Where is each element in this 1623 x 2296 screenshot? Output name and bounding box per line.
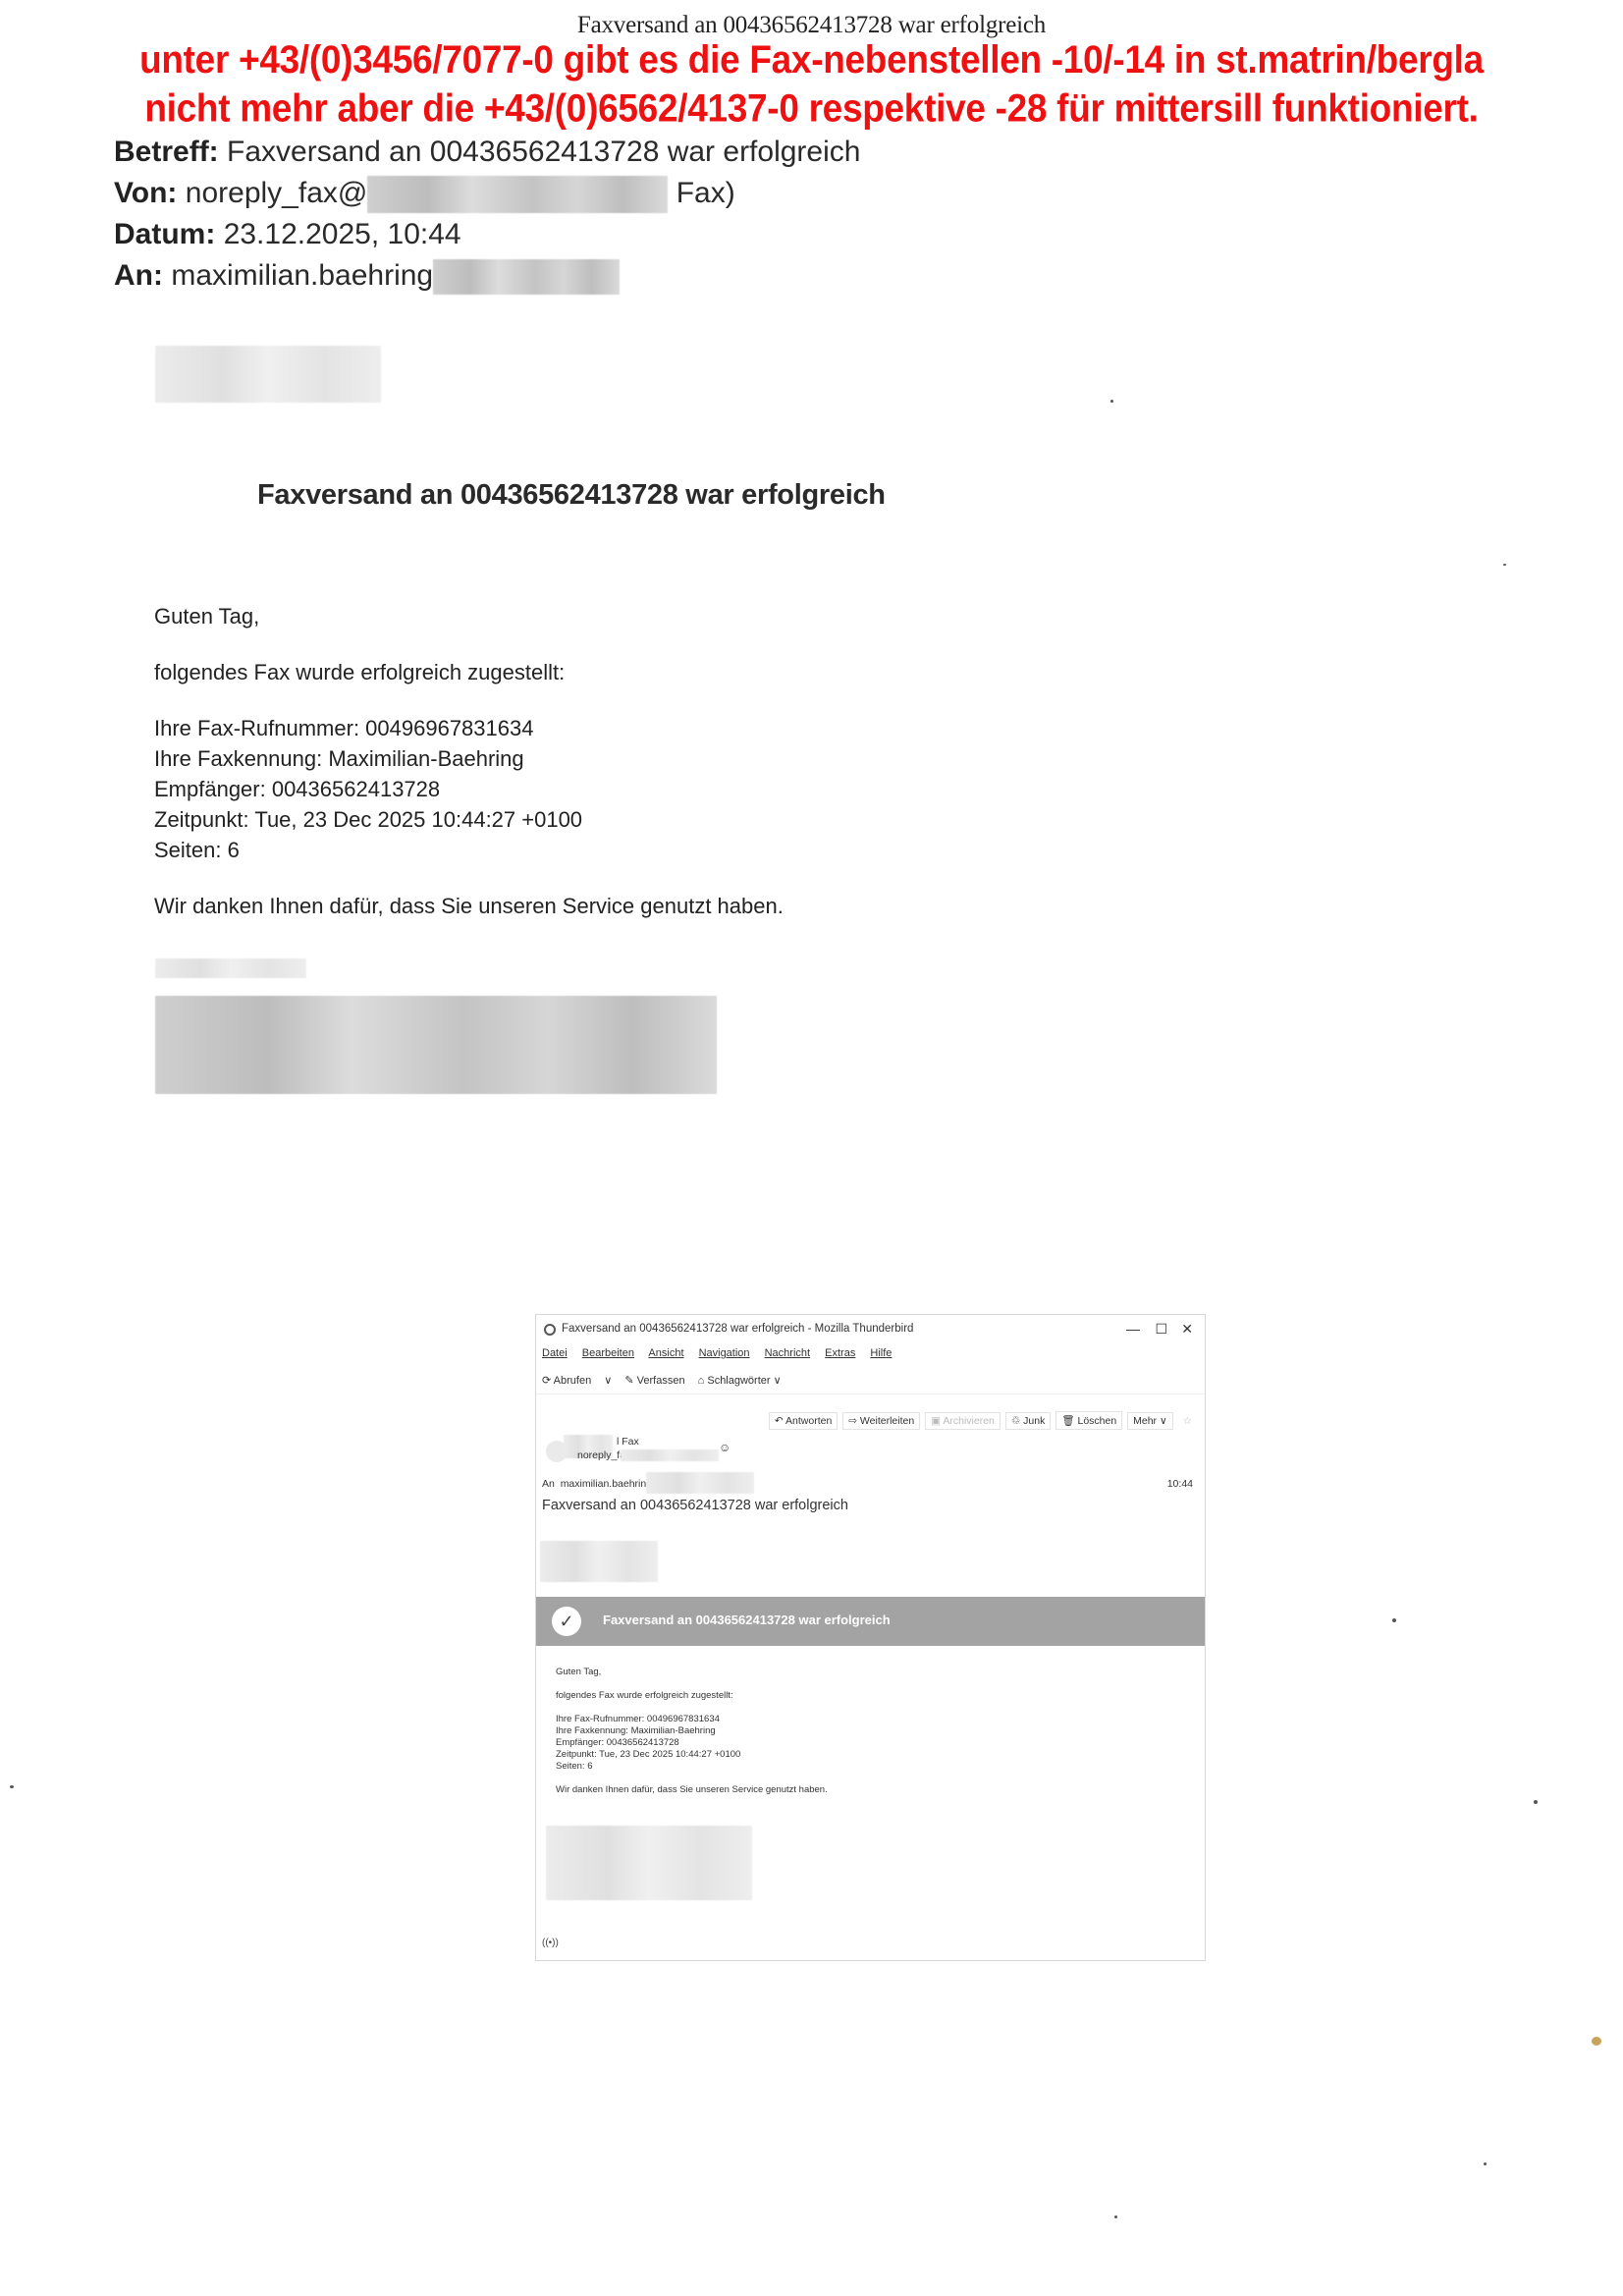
detail-recipient: Empfänger: 00436562413728	[154, 774, 784, 804]
scan-speck	[10, 1785, 14, 1788]
menu-bar: Datei Bearbeiten Ansicht Navigation Nach…	[542, 1347, 903, 1359]
date-row: Datum: 23.12.2025, 10:44	[114, 214, 860, 255]
window-title: Faxversand an 00436562413728 war erfolgr…	[562, 1323, 913, 1335]
to-label: An:	[114, 259, 163, 292]
from-label: Von:	[114, 177, 177, 209]
archive-button[interactable]: ▣ Archivieren	[925, 1412, 1001, 1430]
thunderbird-logo-icon	[544, 1324, 556, 1336]
email-header: Betreff: Faxversand an 00436562413728 wa…	[114, 132, 860, 297]
scan-speck	[1534, 1800, 1538, 1804]
subject-value: Faxversand an 00436562413728 war erfolgr…	[227, 136, 860, 168]
connection-status-icon: ((•))	[542, 1938, 559, 1948]
subject-row: Betreff: Faxversand an 00436562413728 wa…	[114, 132, 860, 173]
redacted-signature-block	[155, 996, 717, 1094]
intro-small: folgendes Fax wurde erfolgreich zugestel…	[556, 1690, 828, 1702]
detail-timestamp-small: Zeitpunkt: Tue, 23 Dec 2025 10:44:27 +01…	[556, 1749, 828, 1761]
from-row: Von: noreply_fax@ Fax)	[114, 173, 860, 214]
main-toolbar: ⟳ Abrufen ∨ ✎ Verfassen ⌂ Schlagwörter ∨	[542, 1374, 791, 1387]
detail-fax-id: Ihre Faxkennung: Maximilian-Baehring	[154, 743, 784, 774]
from-value: noreply_fax@	[186, 177, 368, 209]
scan-speck	[1114, 2215, 1117, 2218]
intro-text: folgendes Fax wurde erfolgreich zugestel…	[154, 657, 784, 687]
detail-pages-small: Seiten: 6	[556, 1761, 828, 1773]
title-bar: Faxversand an 00436562413728 war erfolgr…	[536, 1315, 1205, 1344]
scan-speck	[1592, 2037, 1601, 2046]
date-label: Datum:	[114, 218, 215, 250]
scan-speck	[1484, 2162, 1487, 2165]
menu-bearbeiten[interactable]: Bearbeiten	[582, 1347, 634, 1359]
date-value: 23.12.2025, 10:44	[224, 218, 461, 250]
message-body: Guten Tag, folgendes Fax wurde erfolgrei…	[556, 1667, 828, 1796]
menu-ansicht[interactable]: Ansicht	[648, 1347, 683, 1359]
menu-nachricht[interactable]: Nachricht	[765, 1347, 810, 1359]
to-label-small: An	[542, 1478, 555, 1490]
red-annotation: unter +43/(0)3456/7077-0 gibt es die Fax…	[0, 35, 1623, 133]
mail-heading: Faxversand an 00436562413728 war erfolgr…	[257, 479, 886, 512]
to-value: maximilian.baehring	[171, 259, 433, 292]
recipient-address: maximilian.baehring(	[561, 1478, 656, 1490]
detail-fax-number: Ihre Fax-Rufnummer: 00496967831634	[154, 713, 784, 743]
delete-button[interactable]: 🗑 Löschen	[1055, 1411, 1122, 1430]
detail-pages: Seiten: 6	[154, 835, 784, 865]
compose-button[interactable]: ✎ Verfassen	[624, 1375, 684, 1387]
scan-speck	[1110, 400, 1113, 403]
closing-small: Wir danken Ihnen dafür, dass Sie unseren…	[556, 1784, 828, 1796]
forward-button[interactable]: ⇨ Weiterleiten	[842, 1412, 920, 1430]
menu-navigation[interactable]: Navigation	[699, 1347, 750, 1359]
redacted-recipient-domain	[433, 259, 620, 295]
message-subject: Faxversand an 00436562413728 war erfolgr…	[542, 1498, 848, 1513]
sender-info: l Fax noreply_fax ☺	[546, 1435, 762, 1470]
menu-datei[interactable]: Datei	[542, 1347, 568, 1359]
star-icon[interactable]: ☆	[1178, 1413, 1197, 1429]
success-banner: ✓ Faxversand an 00436562413728 war erfol…	[536, 1597, 1205, 1646]
from-value-suffix: Fax)	[676, 177, 735, 209]
tags-button[interactable]: ⌂ Schlagwörter ∨	[698, 1375, 782, 1387]
annotation-line-2: nicht mehr aber die +43/(0)6562/4137-0 r…	[0, 84, 1623, 134]
banner-text: Faxversand an 00436562413728 war erfolgr…	[603, 1613, 891, 1627]
mail-body: Guten Tag, folgendes Fax wurde erfolgrei…	[154, 601, 784, 921]
junk-button[interactable]: ♲ Junk	[1005, 1412, 1052, 1430]
thunderbird-window-screenshot: Faxversand an 00436562413728 war erfolgr…	[535, 1314, 1206, 1961]
redacted-recipient-small	[646, 1472, 754, 1494]
redacted-logo	[155, 346, 381, 403]
menu-extras[interactable]: Extras	[825, 1347, 855, 1359]
detail-timestamp: Zeitpunkt: Tue, 23 Dec 2025 10:44:27 +01…	[154, 804, 784, 835]
greeting: Guten Tag,	[154, 601, 784, 631]
detail-fax-number-small: Ihre Fax-Rufnummer: 00496967831634	[556, 1714, 828, 1725]
detail-recipient-small: Empfänger: 00436562413728	[556, 1737, 828, 1749]
scan-speck	[1503, 564, 1506, 566]
close-icon[interactable]: ✕	[1181, 1321, 1193, 1338]
toolbar-divider	[536, 1394, 1205, 1394]
maximize-icon[interactable]: ☐	[1155, 1321, 1167, 1338]
get-mail-button[interactable]: ⟳ Abrufen	[542, 1375, 591, 1387]
check-circle-icon: ✓	[552, 1607, 581, 1636]
detail-fax-id-small: Ihre Faxkennung: Maximilian-Baehring	[556, 1725, 828, 1737]
get-mail-dropdown[interactable]: ∨	[604, 1375, 612, 1387]
annotation-line-1: unter +43/(0)3456/7077-0 gibt es die Fax…	[0, 35, 1623, 84]
message-actions: ↶ Antworten ⇨ Weiterleiten ▣ Archivieren…	[767, 1411, 1197, 1430]
subject-label: Betreff:	[114, 136, 219, 168]
redacted-signature-line	[155, 958, 306, 978]
redacted-sender-domain	[367, 176, 668, 213]
redacted-logo-small	[540, 1541, 658, 1582]
greeting-small: Guten Tag,	[556, 1667, 828, 1678]
redacted-sender-address	[621, 1449, 719, 1461]
redacted-signature-small	[546, 1826, 752, 1900]
scan-speck	[1392, 1618, 1396, 1622]
reply-button[interactable]: ↶ Antworten	[769, 1412, 838, 1430]
add-contact-icon[interactable]: ☺	[719, 1441, 730, 1454]
message-time: 10:44	[1167, 1478, 1193, 1490]
recipient-row: An maximilian.baehring(	[542, 1478, 656, 1490]
to-row: An: maximilian.baehring	[114, 255, 860, 297]
minimize-icon[interactable]: —	[1126, 1321, 1140, 1337]
sender-name: l Fax	[617, 1436, 639, 1448]
closing-text: Wir danken Ihnen dafür, dass Sie unseren…	[154, 891, 784, 921]
more-button[interactable]: Mehr ∨	[1127, 1412, 1173, 1430]
menu-hilfe[interactable]: Hilfe	[870, 1347, 892, 1359]
